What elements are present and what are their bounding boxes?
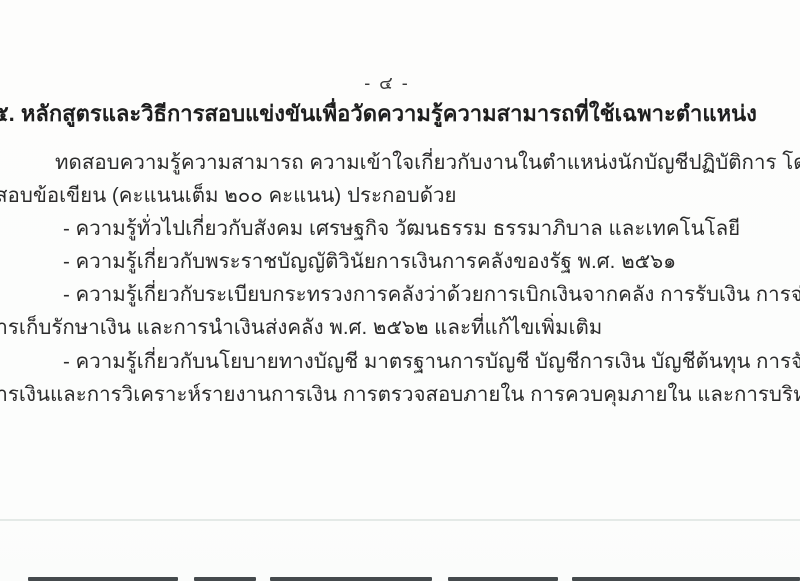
doc-line: การเก็บรักษาเงิน และการนำเงินส่งคลัง พ.ศ… [0,311,800,344]
scan-artifact-segment [28,577,178,581]
doc-line-bullet: - ความรู้เกี่ยวกับพระราชบัญญัติวินัยการเ… [0,245,800,278]
scan-artifact-segment [572,577,800,581]
scan-artifact-strip [0,576,800,581]
doc-line-bullet: - ความรู้เกี่ยวกับนโยบายทางบัญชี มาตรฐาน… [0,345,800,378]
doc-line: การเงินและการวิเคราะห์รายงานการเงิน การต… [0,378,800,411]
scan-artifact-segment [448,577,558,581]
page-number: - ๔ - [0,68,774,97]
doc-line-bullet: - ความรู้ทั่วไปเกี่ยวกับสังคม เศรษฐกิจ ว… [0,212,800,245]
doc-line: สอบข้อเขียน (คะแนนเต็ม ๒๐๐ คะแนน) ประกอบ… [0,179,800,212]
doc-line-bullet: - ความรู้เกี่ยวกับระเบียบกระทรวงการคลังว… [0,278,800,311]
scan-artifact-segment [194,577,256,581]
scan-artifact-segment [270,577,432,581]
doc-line: ทดสอบความรู้ความสามารถ ความเข้าใจเกี่ยวก… [0,146,800,179]
scanned-document-page: - ๔ - ๕. หลักสูตรและวิธีการสอบแข่งขันเพื… [0,0,800,581]
page-edge-divider [0,519,800,521]
section-heading: ๕. หลักสูตรและวิธีการสอบแข่งขันเพื่อวัดค… [0,97,800,131]
